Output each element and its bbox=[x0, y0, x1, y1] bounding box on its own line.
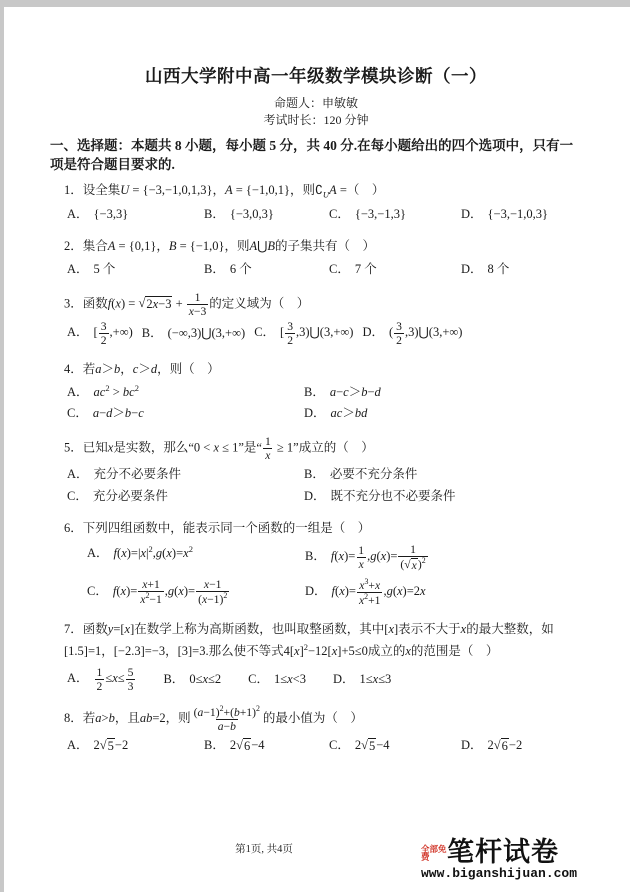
option-text: 2√5−4 bbox=[355, 738, 390, 752]
option-label: D． bbox=[304, 406, 326, 420]
option: A．充分不必要条件 bbox=[67, 464, 304, 484]
option: D．f(x)=x3+xx2+1,g(x)=2x bbox=[305, 578, 582, 607]
math-variable: x bbox=[125, 622, 131, 636]
option-text: 8 个 bbox=[488, 262, 510, 276]
math-variable: x bbox=[375, 579, 380, 592]
option-label: D． bbox=[461, 738, 483, 752]
fraction: x−1(x−1)2 bbox=[196, 578, 229, 606]
math-variable: x bbox=[108, 441, 114, 455]
option-label: C． bbox=[87, 584, 108, 598]
radicand: 5 bbox=[368, 738, 376, 754]
option: C．7 个 bbox=[329, 259, 461, 279]
math-variable: b bbox=[109, 711, 115, 725]
math-variable: x bbox=[202, 593, 207, 606]
option-label: C． bbox=[67, 489, 88, 503]
option: B．a−c＞b−d bbox=[304, 382, 582, 402]
question-6: 6．下列四组函数中，能表示同一个函数的一组是（ ） A．f(x)=|x|2,g(… bbox=[64, 518, 582, 607]
math-variable: A bbox=[329, 183, 337, 197]
option: B．0≤x≤2 bbox=[163, 669, 221, 689]
fraction: 53 bbox=[126, 666, 136, 693]
option-text: 1≤x<3 bbox=[274, 672, 306, 686]
math-variable: f bbox=[114, 546, 117, 560]
question-2: 2．集合A = {0,1}，B = {−1,0}，则A⋃B的子集共有（ ） A．… bbox=[64, 236, 582, 279]
option-label: D． bbox=[304, 489, 326, 503]
option: B．6 个 bbox=[204, 259, 329, 279]
radicand: 6 bbox=[243, 738, 251, 754]
option-label: B． bbox=[204, 207, 225, 221]
question-5-stem: 5．已知x是实数，那么“0 < x ≤ 1”是“1x ≥ 1”成立的（ ） bbox=[64, 435, 582, 462]
option-label: B． bbox=[304, 467, 325, 481]
math-variable: c bbox=[343, 385, 349, 399]
option-text: 既不充分也不必要条件 bbox=[331, 489, 456, 503]
option-label: A． bbox=[67, 738, 89, 752]
math-variable: x bbox=[265, 449, 270, 462]
question-3-stem: 3．函数f(x) = √2x−3 + 1x−3的定义域为（ ） bbox=[64, 291, 582, 318]
option-label: A． bbox=[67, 385, 89, 399]
math-variable: x bbox=[381, 549, 387, 563]
math-variable: a bbox=[95, 711, 101, 725]
math-variable: d bbox=[375, 385, 381, 399]
math-variable: b bbox=[234, 706, 240, 719]
exam-duration: 考试时长：120 分钟 bbox=[50, 112, 582, 129]
radical: √5 bbox=[361, 738, 376, 754]
option-label: D． bbox=[362, 325, 384, 339]
radical: √6 bbox=[236, 738, 251, 754]
option-label: C． bbox=[67, 406, 88, 420]
option: C．a−d＞b−c bbox=[67, 403, 304, 423]
math-variable: x bbox=[388, 622, 394, 636]
watermark-brand: 笔杆试卷 bbox=[447, 838, 559, 866]
math-variable: x bbox=[405, 644, 411, 658]
option-label: A． bbox=[67, 671, 89, 685]
radicand: 6 bbox=[501, 738, 509, 754]
option: A．f(x)=|x|2,g(x)=x2 bbox=[87, 543, 305, 573]
fraction-numerator: 1 bbox=[356, 544, 366, 557]
question-5: 5．已知x是实数，那么“0 < x ≤ 1”是“1x ≥ 1”成立的（ ） A．… bbox=[64, 435, 582, 506]
option-text: 2√5−2 bbox=[94, 738, 129, 752]
option: D．8 个 bbox=[461, 259, 582, 279]
option: C．充分必要条件 bbox=[67, 486, 304, 506]
fraction-numerator: 3 bbox=[394, 320, 404, 333]
exam-setter: 命题人：申敏敏 bbox=[50, 95, 582, 112]
math-variable: bc bbox=[123, 385, 135, 399]
math-variable: d bbox=[151, 362, 157, 376]
option: A．ac2 > bc2 bbox=[67, 382, 304, 402]
math-variable: d bbox=[106, 406, 112, 420]
question-6-options: A．f(x)=|x|2,g(x)=x2B．f(x)=1x,g(x)=1(√x)2… bbox=[84, 543, 582, 607]
math-variable: x bbox=[339, 584, 345, 598]
exam-title: 山西大学附中高一年级数学模块诊断（一） bbox=[50, 63, 582, 88]
fraction-denominator: x2+1 bbox=[357, 592, 382, 607]
option-label: A． bbox=[67, 467, 89, 481]
math-variable: x bbox=[112, 671, 118, 685]
option-text: [32,3)⋃(3,+∞) bbox=[280, 325, 353, 339]
option: C．1≤x<3 bbox=[248, 669, 306, 689]
math-variable: x bbox=[153, 297, 159, 311]
superscript: 2 bbox=[135, 383, 139, 393]
math-variable: x bbox=[294, 644, 300, 658]
math-variable: A bbox=[249, 239, 257, 253]
question-8-stem: 8．若a>b，且ab=2，则(a−1)2+(b+1)2a−b的最小值为（ ） bbox=[64, 705, 582, 733]
math-variable: f bbox=[108, 296, 111, 310]
option-label: D． bbox=[333, 672, 355, 686]
fraction-denominator: x bbox=[263, 448, 272, 462]
option-text: 充分必要条件 bbox=[93, 489, 168, 503]
superscript: 3 bbox=[364, 577, 368, 586]
superscript: 2 bbox=[105, 383, 109, 393]
option-text: 必要不充分条件 bbox=[330, 467, 418, 481]
option-text: [32,+∞) bbox=[94, 325, 133, 339]
math-variable: x bbox=[412, 559, 417, 572]
option: C．{−3,−1,3} bbox=[329, 204, 461, 224]
radical-sign-icon: √ bbox=[236, 738, 243, 753]
fraction-denominator: x−3 bbox=[187, 304, 209, 318]
option: B．f(x)=1x,g(x)=1(√x)2 bbox=[305, 543, 582, 573]
question-4: 4．若a＞b，c＞d，则（ ） A．ac2 > bc2B．a−c＞b−dC．a−… bbox=[64, 359, 582, 423]
fraction-denominator: x2−1 bbox=[138, 591, 163, 606]
option-text: a−c＞b−d bbox=[330, 385, 381, 399]
math-variable: f bbox=[113, 584, 116, 598]
fraction-denominator: a−b bbox=[216, 719, 238, 733]
option: B．(−∞,3)⋃(3,+∞) bbox=[142, 323, 245, 343]
option-label: C． bbox=[248, 672, 269, 686]
option-text: 1≤x≤3 bbox=[360, 672, 392, 686]
math-variable: x bbox=[115, 296, 121, 310]
question-list: 1．设全集U = {−3,−1,0,1,3}，A = {−1,0,1}，则∁UA… bbox=[50, 180, 582, 755]
option-text: 12≤x≤53 bbox=[94, 671, 137, 685]
option-text: {−3,−1,0,3} bbox=[488, 207, 548, 221]
radical-sign-icon: √ bbox=[361, 738, 368, 753]
option-label: A． bbox=[67, 207, 89, 221]
math-variable: f bbox=[331, 549, 334, 563]
option-text: f(x)=x3+xx2+1,g(x)=2x bbox=[332, 584, 426, 598]
fraction-denominator: (√x)2 bbox=[398, 556, 427, 573]
radical: √5 bbox=[100, 738, 115, 754]
option-label: A． bbox=[67, 325, 89, 339]
option: B．2√6−4 bbox=[204, 735, 329, 755]
option-label: C． bbox=[329, 738, 350, 752]
math-variable: g bbox=[370, 549, 376, 563]
math-variable: a bbox=[330, 385, 336, 399]
option-text: f(x)=1x,g(x)=1(√x)2 bbox=[331, 549, 429, 563]
radical: √x bbox=[404, 558, 418, 573]
option-label: B． bbox=[204, 262, 225, 276]
document-viewer-background: { "page": { "title": "山西大学附中高一年级数学模块诊断（一… bbox=[0, 0, 630, 892]
fraction-numerator: x+1 bbox=[140, 578, 162, 591]
question-1-options: A．{−3,3}B．{−3,0,3}C．{−3,−1,3}D．{−3,−1,0,… bbox=[64, 204, 582, 224]
option-text: 2√6−4 bbox=[230, 738, 265, 752]
exam-page: 山西大学附中高一年级数学模块诊断（一） 命题人：申敏敏 考试时长：120 分钟 … bbox=[4, 7, 630, 892]
math-variable: f bbox=[332, 584, 335, 598]
math-variable: B bbox=[169, 239, 177, 253]
math-variable: B bbox=[267, 239, 275, 253]
question-2-options: A．5 个B．6 个C．7 个D．8 个 bbox=[64, 259, 582, 279]
option-text: 5 个 bbox=[94, 262, 116, 276]
radical: √6 bbox=[494, 738, 509, 754]
fraction-numerator: 5 bbox=[126, 666, 136, 679]
math-variable: x bbox=[178, 584, 184, 598]
section-header: 一、选择题：本题共 8 小题，每小题 5 分，共 40 分.在每小题给出的四个选… bbox=[50, 136, 582, 174]
option: A．5 个 bbox=[67, 259, 204, 279]
option: C．2√5−4 bbox=[329, 735, 461, 755]
option-text: 2√6−2 bbox=[488, 738, 523, 752]
question-1: 1．设全集U = {−3,−1,0,1,3}，A = {−1,0,1}，则∁UA… bbox=[64, 180, 582, 224]
option-text: 充分不必要条件 bbox=[94, 467, 182, 481]
fraction-numerator: 1 bbox=[408, 543, 418, 556]
superscript: 2 bbox=[364, 592, 368, 601]
superscript: 2 bbox=[189, 544, 193, 554]
math-variable: ac bbox=[331, 406, 343, 420]
math-variable: b bbox=[125, 406, 131, 420]
option: D．既不充分也不必要条件 bbox=[304, 486, 582, 506]
fraction-denominator: 2 bbox=[95, 679, 105, 693]
math-variable: x bbox=[204, 578, 209, 591]
math-variable: b bbox=[230, 720, 236, 733]
superscript: 2 bbox=[220, 704, 224, 713]
fraction-numerator: 1 bbox=[193, 291, 203, 304]
fraction-numerator: x3+x bbox=[357, 578, 382, 592]
math-variable: x bbox=[332, 644, 338, 658]
radical-sign-icon: √ bbox=[100, 738, 107, 753]
fraction: x+1x2−1 bbox=[138, 578, 163, 606]
option-text: f(x)=x+1x2−1,g(x)=x−1(x−1)2 bbox=[113, 584, 230, 598]
option: D．ac＞bd bbox=[304, 403, 582, 423]
math-variable: x bbox=[397, 584, 403, 598]
math-variable: bd bbox=[355, 406, 368, 420]
option-text: (32,3)⋃(3,+∞) bbox=[389, 325, 462, 339]
question-7-options: A．12≤x≤53B．0≤x≤2C．1≤x<3D．1≤x≤3 bbox=[64, 666, 582, 693]
question-1-stem: 1．设全集U = {−3,−1,0,1,3}，A = {−1,0,1}，则∁UA… bbox=[64, 180, 582, 202]
fraction-numerator: (a−1)2+(b+1)2 bbox=[192, 705, 262, 719]
superscript: 2 bbox=[304, 642, 308, 652]
math-variable: x bbox=[359, 558, 364, 571]
option-label: D． bbox=[461, 207, 483, 221]
option-label: B． bbox=[142, 326, 163, 340]
math-variable: x bbox=[121, 584, 127, 598]
option-label: B． bbox=[305, 549, 326, 563]
option: C．[32,3)⋃(3,+∞) bbox=[254, 320, 353, 347]
radicand: 5 bbox=[107, 738, 115, 754]
watermark-url: www.biganshijuan.com bbox=[421, 866, 606, 881]
math-variable: b bbox=[114, 362, 120, 376]
option: B．{−3,0,3} bbox=[204, 204, 329, 224]
question-7-stem: 7．函数y=[x]在数学上称为高斯函数，也叫取整函数，其中[x]表示不大于x的最… bbox=[64, 619, 582, 662]
fraction-numerator: 3 bbox=[285, 320, 295, 333]
fraction: 1(√x)2 bbox=[398, 543, 427, 573]
option: A．{−3,3} bbox=[67, 204, 204, 224]
watermark: 全部免费 笔杆试卷 www.biganshijuan.com bbox=[421, 838, 606, 881]
radical: √2x−3 bbox=[138, 296, 172, 312]
math-variable: x bbox=[287, 672, 293, 686]
option: C．f(x)=x+1x2−1,g(x)=x−1(x−1)2 bbox=[87, 578, 305, 607]
math-variable: A bbox=[225, 183, 233, 197]
math-variable: x bbox=[142, 578, 147, 591]
option-label: C． bbox=[329, 262, 350, 276]
question-4-options: A．ac2 > bc2B．a−c＞b−dC．a−d＞b−cD．ac＞bd bbox=[64, 382, 582, 424]
option: A．12≤x≤53 bbox=[67, 666, 136, 693]
math-variable: c bbox=[138, 406, 144, 420]
math-variable: a bbox=[93, 406, 99, 420]
fraction-numerator: x−1 bbox=[202, 578, 224, 591]
math-variable: a bbox=[95, 362, 101, 376]
fraction: 1x−3 bbox=[187, 291, 209, 318]
exam-content: 山西大学附中高一年级数学模块诊断（一） 命题人：申敏敏 考试时长：120 分钟 … bbox=[4, 7, 630, 755]
fraction: 12 bbox=[95, 666, 105, 693]
option-text: {−3,3} bbox=[94, 207, 129, 221]
question-8-options: A．2√5−2B．2√6−4C．2√5−4D．2√6−2 bbox=[64, 735, 582, 755]
fraction: 32 bbox=[285, 320, 295, 347]
option: D．2√6−2 bbox=[461, 735, 582, 755]
option-label: A． bbox=[67, 262, 89, 276]
question-6-stem: 6．下列四组函数中，能表示同一个函数的一组是（ ） bbox=[64, 518, 582, 539]
math-variable: g bbox=[168, 584, 174, 598]
superscript: 2 bbox=[256, 704, 260, 713]
math-variable: ab bbox=[140, 711, 153, 725]
option: D．(32,3)⋃(3,+∞) bbox=[362, 320, 462, 347]
option-text: ac＞bd bbox=[331, 406, 368, 420]
fraction-denominator: x bbox=[357, 557, 366, 571]
math-variable: x bbox=[213, 441, 219, 455]
option-label: B． bbox=[204, 738, 225, 752]
question-3: 3．函数f(x) = √2x−3 + 1x−3的定义域为（ ） A．[32,+∞… bbox=[64, 291, 582, 347]
fraction-denominator: (x−1)2 bbox=[196, 591, 229, 606]
fraction-denominator: 3 bbox=[126, 679, 136, 693]
math-variable: x bbox=[166, 546, 172, 560]
option: A．[32,+∞) bbox=[67, 320, 133, 347]
superscript: 2 bbox=[223, 591, 227, 600]
question-3-options: A．[32,+∞)B．(−∞,3)⋃(3,+∞)C．[32,3)⋃(3,+∞)D… bbox=[64, 320, 582, 347]
fraction: 32 bbox=[99, 320, 109, 347]
math-variable: x bbox=[202, 672, 208, 686]
option: A．2√5−2 bbox=[67, 735, 204, 755]
radicand: 2x−3 bbox=[145, 296, 172, 312]
option-text: {−3,0,3} bbox=[230, 207, 274, 221]
question-5-options: A．充分不必要条件B．必要不充分条件C．充分必要条件D．既不充分也不必要条件 bbox=[64, 464, 582, 506]
math-variable: x bbox=[121, 546, 127, 560]
math-variable: A bbox=[108, 239, 116, 253]
option-text: f(x)=|x|2,g(x)=x2 bbox=[114, 546, 193, 560]
question-8: 8．若a>b，且ab=2，则(a−1)2+(b+1)2a−b的最小值为（ ） A… bbox=[64, 705, 582, 755]
superscript: 2 bbox=[422, 556, 426, 565]
option: B．必要不充分条件 bbox=[304, 464, 582, 484]
radical-sign-icon: √ bbox=[494, 738, 501, 753]
fraction-denominator: 2 bbox=[99, 333, 109, 347]
math-variable: x bbox=[373, 672, 379, 686]
math-variable: x bbox=[461, 622, 467, 636]
option-label: D． bbox=[461, 262, 483, 276]
option-label: B． bbox=[304, 385, 325, 399]
math-variable: y bbox=[108, 622, 114, 636]
math-variable: b bbox=[361, 385, 367, 399]
fraction: 1x bbox=[263, 435, 273, 462]
fraction: x3+xx2+1 bbox=[357, 578, 382, 607]
fraction-numerator: 1 bbox=[95, 666, 105, 679]
math-variable: x bbox=[339, 549, 345, 563]
option-text: (−∞,3)⋃(3,+∞) bbox=[168, 326, 246, 340]
math-variable: a bbox=[218, 720, 224, 733]
fraction-numerator: 1 bbox=[263, 435, 273, 448]
fraction: (a−1)2+(b+1)2a−b bbox=[192, 705, 262, 733]
fraction-denominator: 2 bbox=[394, 333, 404, 347]
math-variable: x bbox=[189, 305, 194, 318]
question-7: 7．函数y=[x]在数学上称为高斯函数，也叫取整函数，其中[x]表示不大于x的最… bbox=[64, 619, 582, 693]
fraction: 1x bbox=[356, 544, 366, 571]
math-variable: x bbox=[140, 546, 146, 560]
math-variable: g bbox=[387, 584, 393, 598]
option-text: a−d＞b−c bbox=[93, 406, 144, 420]
option-text: 6 个 bbox=[230, 262, 252, 276]
math-variable: a bbox=[198, 706, 204, 719]
question-4-stem: 4．若a＞b，c＞d，则（ ） bbox=[64, 359, 582, 380]
math-variable: c bbox=[133, 362, 139, 376]
option-label: B． bbox=[163, 672, 184, 686]
option-label: C． bbox=[329, 207, 350, 221]
watermark-top: 全部免费 笔杆试卷 bbox=[421, 838, 606, 866]
option-text: {−3,−1,3} bbox=[355, 207, 406, 221]
option-label: D． bbox=[305, 584, 327, 598]
option: D．1≤x≤3 bbox=[333, 669, 391, 689]
radicand: x bbox=[411, 558, 418, 573]
math-variable: U bbox=[120, 183, 129, 197]
math-variable: g bbox=[156, 546, 162, 560]
watermark-free-badge: 全部免费 bbox=[421, 845, 447, 863]
superscript: 2 bbox=[145, 591, 149, 600]
option-label: A． bbox=[87, 546, 109, 560]
radical-sign-icon: √ bbox=[138, 296, 145, 311]
fraction-denominator: 2 bbox=[285, 333, 295, 347]
option-text: 7 个 bbox=[355, 262, 377, 276]
option-text: 0≤x≤2 bbox=[189, 672, 221, 686]
option: D．{−3,−1,0,3} bbox=[461, 204, 582, 224]
option-text: ac2 > bc2 bbox=[94, 385, 139, 399]
fraction: 32 bbox=[394, 320, 404, 347]
option-label: C． bbox=[254, 325, 275, 339]
superscript: 2 bbox=[149, 544, 153, 554]
math-variable: ac bbox=[94, 385, 106, 399]
fraction-numerator: 3 bbox=[99, 320, 109, 333]
question-2-stem: 2．集合A = {0,1}，B = {−1,0}，则A⋃B的子集共有（ ） bbox=[64, 236, 582, 257]
math-variable: x bbox=[420, 584, 426, 598]
